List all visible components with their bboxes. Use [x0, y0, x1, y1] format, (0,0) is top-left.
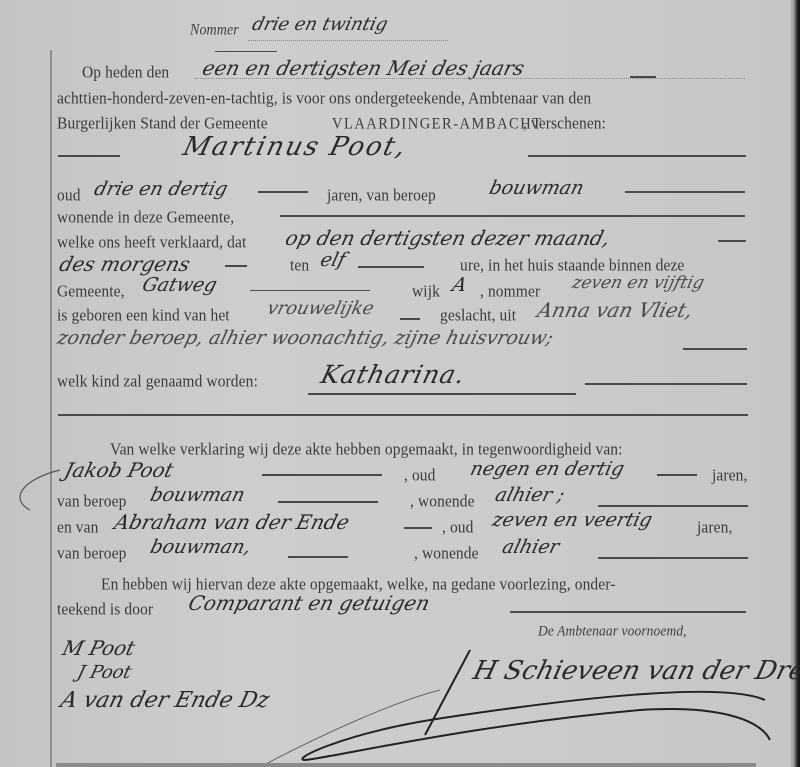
sex-hand: vrouwelijke: [265, 298, 376, 319]
number-value: drie en twintig: [250, 14, 390, 35]
line1-date-hand: een en dertigsten Mei des jaars: [200, 56, 527, 80]
margin-rule: [50, 50, 52, 767]
witness1-residence-hand: alhier ;: [493, 484, 567, 506]
signature-father: M Poot: [60, 636, 138, 660]
line9-gemeente: Gemeente,: [57, 282, 125, 302]
witness2-occupation-hand: bouwman,: [148, 536, 253, 558]
line11-rule: [683, 348, 747, 350]
w2-name-rule: [404, 527, 432, 529]
line3-printed-b: , verschenen:: [523, 114, 606, 134]
time-of-day-hand: des morgens: [57, 252, 193, 276]
w1-res-label: , wonende: [410, 492, 475, 512]
w2-res-label: , wonende: [414, 544, 479, 564]
child-name-underline: [308, 393, 576, 395]
line6-rule: [280, 215, 745, 217]
signature-witness1: J Poot: [75, 662, 133, 683]
line8-ten: ten: [290, 256, 309, 276]
street-hand: Gatweg: [140, 274, 219, 296]
line5-rule-b: [625, 191, 745, 193]
father-name-hand: Martinus Poot,: [180, 132, 410, 162]
w2-job-rule: [288, 556, 348, 558]
line10-rule: [400, 318, 420, 320]
line10-printed-b: geslacht, uit: [440, 306, 516, 326]
child-name-hand: Katharina.: [318, 360, 469, 389]
line9-rule: [250, 290, 370, 291]
witness1-name-hand: Jakob Poot: [62, 458, 176, 482]
number-label: Nommer: [190, 22, 239, 40]
line8-rule-b: [358, 266, 424, 268]
w1-job-label: van beroep: [57, 492, 126, 512]
signature-witness2: A van der Ende Dz: [58, 688, 272, 713]
mother-details-hand: zonder beroep, alhier woonachtig, zijne …: [55, 327, 556, 349]
w1-years-label: jaren,: [712, 466, 747, 486]
w1-name-rule: [262, 474, 382, 476]
witness1-occupation-hand: bouwman: [148, 484, 247, 506]
line10-printed-a: is geboren een kind van het: [57, 306, 230, 326]
signature-official: H Schieveen van der Drecht: [470, 656, 800, 686]
witness1-age-hand: negen en dertig: [468, 458, 627, 480]
line12-rule: [585, 383, 747, 385]
line5-rule-a: [258, 191, 308, 193]
number-underline: [215, 51, 277, 52]
w1-res-rule: [598, 505, 748, 507]
line7-printed: welke ons heeft verklaard, dat: [57, 233, 246, 253]
line5-oud: oud: [57, 186, 81, 206]
w2-prefix: en van: [57, 518, 98, 538]
line9-wijk: wijk: [412, 282, 440, 302]
line5-jaren: jaren, van beroep: [327, 186, 436, 206]
w2-age-label: , oud: [442, 518, 474, 538]
number-dotted-rule: [248, 40, 448, 41]
father-age-hand: drie en dertig: [92, 178, 230, 200]
line12-printed: welk kind zal genaamd worden:: [57, 372, 258, 392]
line9-nommer: , nommer: [480, 282, 540, 302]
w2-years-label: jaren,: [697, 518, 732, 538]
line6-printed: wonende in deze Gemeente,: [57, 208, 234, 228]
official-label: De Ambtenaar voornoemd,: [538, 622, 687, 640]
line4-rule-right: [528, 155, 746, 157]
father-occupation-hand: bouwman: [487, 177, 586, 199]
birth-date-hand: op den dertigsten dezer maand,: [283, 226, 613, 250]
line8-rule-a: [225, 265, 247, 267]
mother-name-hand: Anna van Vliet,: [535, 298, 695, 322]
page-edge-shadow: [790, 0, 800, 767]
line1-dotted-rule: [195, 78, 745, 79]
witness2-age-hand: zeven en veertig: [490, 509, 655, 531]
line7-rule: [718, 240, 746, 242]
w1-age-label: , oud: [404, 466, 436, 486]
w2-job-label: van beroep: [57, 544, 126, 564]
section-divider: [58, 414, 748, 416]
line1-printed: Op heden den: [82, 63, 169, 83]
w1-job-rule: [278, 501, 378, 503]
w2-res-rule: [598, 557, 748, 559]
house-number-hand: zeven en vijftig: [570, 273, 706, 293]
witness2-name-hand: Abraham van der Ende: [112, 510, 352, 534]
closing-rule: [510, 611, 746, 613]
w1-age-rule: [657, 474, 697, 476]
closing-line2-printed: teekend is door: [57, 600, 153, 620]
line1-dash: [630, 76, 656, 78]
witness2-residence-hand: alhier: [500, 536, 562, 558]
line2-printed: achttien-honderd-zeven-en-tachtig, is vo…: [57, 89, 591, 109]
signed-by-hand: Comparant en getuigen: [186, 591, 432, 615]
line4-rule-left: [58, 155, 120, 157]
bottom-border: [56, 763, 756, 767]
